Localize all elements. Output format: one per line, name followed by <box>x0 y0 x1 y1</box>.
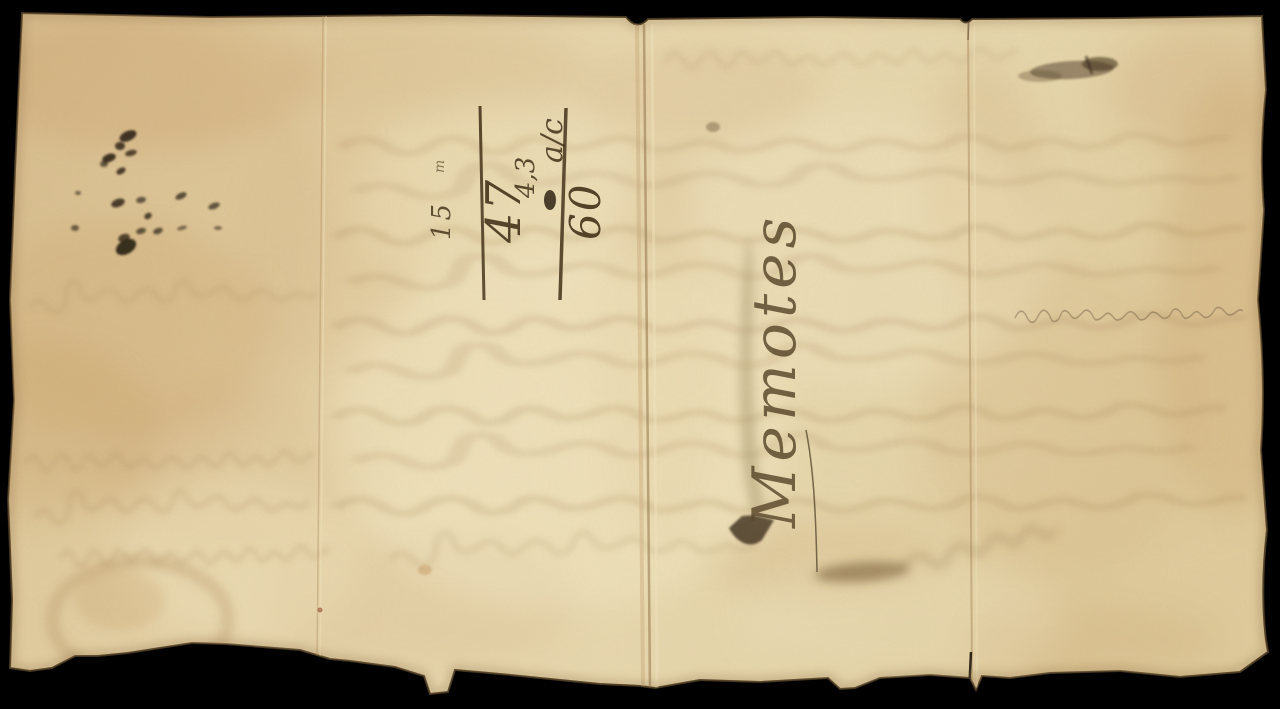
scanned-document-stage: m 15 47 4,3 a/c 60 Memotes <box>0 0 1280 709</box>
document-scan: m 15 47 4,3 a/c 60 Memotes <box>0 0 1280 709</box>
paper-grain-texture <box>0 0 1280 709</box>
